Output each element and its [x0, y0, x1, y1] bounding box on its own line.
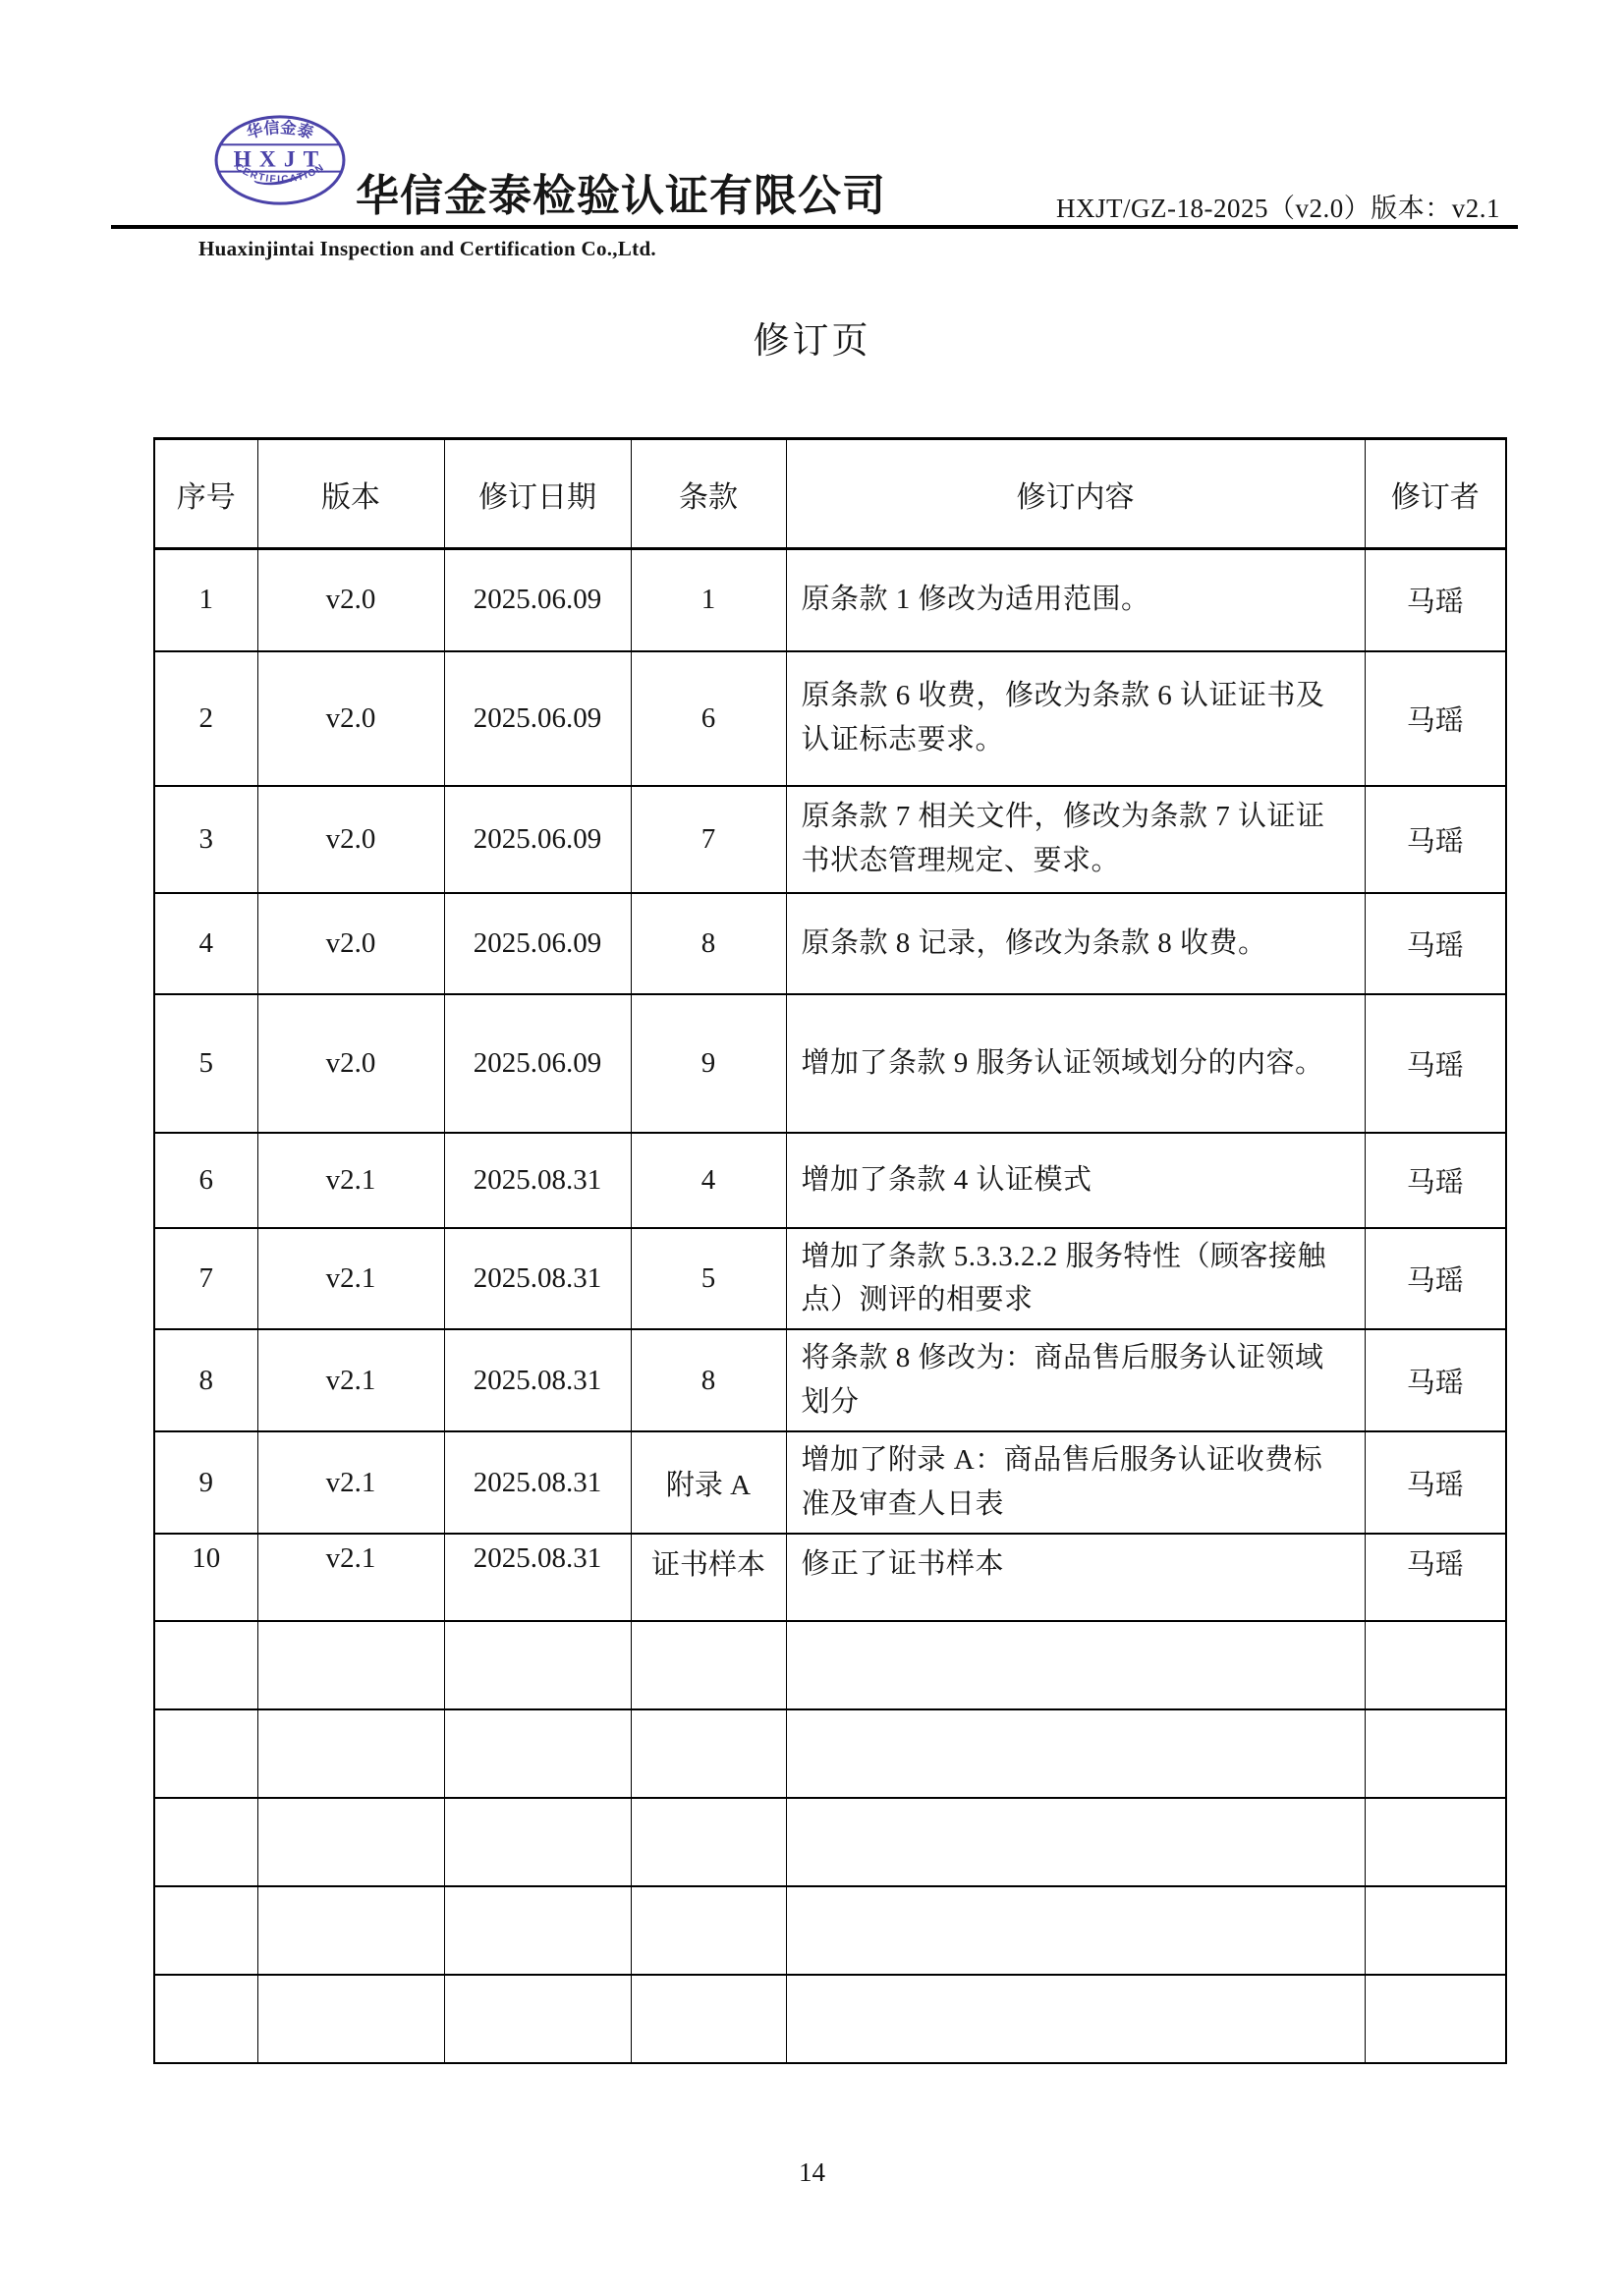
column-header-content: 修订内容: [786, 439, 1365, 549]
cell-clause: 6: [631, 651, 786, 786]
cell-version: v2.1: [257, 1534, 444, 1621]
cell-date: 2025.08.31: [444, 1329, 631, 1431]
cell-no: 3: [154, 786, 257, 893]
table-row: 9v2.12025.08.31附录 A增加了附录 A：商品售后服务认证收费标准及…: [154, 1431, 1506, 1534]
cell-no: 10: [154, 1534, 257, 1621]
cell-clause: 证书样本: [631, 1534, 786, 1621]
empty-cell: [257, 1886, 444, 1975]
cell-version: v2.1: [257, 1133, 444, 1228]
cell-version: v2.0: [257, 549, 444, 651]
cell-content: 增加了附录 A：商品售后服务认证收费标准及审查人日表: [786, 1431, 1365, 1534]
empty-cell: [786, 1709, 1365, 1798]
empty-cell: [257, 1621, 444, 1709]
empty-cell: [257, 1798, 444, 1886]
empty-cell: [631, 1621, 786, 1709]
cell-no: 1: [154, 549, 257, 651]
cell-reviser: 马瑶: [1365, 994, 1506, 1133]
cell-version: v2.1: [257, 1431, 444, 1534]
empty-cell: [444, 1886, 631, 1975]
company-name-en: Huaxinjintai Inspection and Certificatio…: [147, 237, 707, 261]
company-logo: 华信金泰 HXJT CERTIFICATION: [212, 112, 348, 208]
hxjt-seal-icon: 华信金泰 HXJT CERTIFICATION: [212, 112, 348, 208]
empty-cell: [786, 1798, 1365, 1886]
cell-reviser: 马瑶: [1365, 1228, 1506, 1330]
empty-cell: [631, 1975, 786, 2063]
empty-table-row: [154, 1709, 1506, 1798]
cell-reviser: 马瑶: [1365, 786, 1506, 893]
cell-reviser: 马瑶: [1365, 549, 1506, 651]
empty-cell: [631, 1798, 786, 1886]
revision-table: 序号 版本 修订日期 条款 修订内容 修订者 1v2.02025.06.091原…: [153, 437, 1507, 2064]
cell-date: 2025.08.31: [444, 1228, 631, 1330]
cell-version: v2.1: [257, 1329, 444, 1431]
table-header-row: 序号 版本 修订日期 条款 修订内容 修订者: [154, 439, 1506, 549]
cell-content: 修正了证书样本: [786, 1534, 1365, 1621]
cell-date: 2025.08.31: [444, 1534, 631, 1621]
empty-cell: [154, 1709, 257, 1798]
cell-content: 原条款 6 收费，修改为条款 6 认证证书及认证标志要求。: [786, 651, 1365, 786]
cell-date: 2025.06.09: [444, 893, 631, 994]
cell-no: 6: [154, 1133, 257, 1228]
empty-cell: [1365, 1886, 1506, 1975]
cell-clause: 5: [631, 1228, 786, 1330]
cell-date: 2025.06.09: [444, 549, 631, 651]
cell-clause: 9: [631, 994, 786, 1133]
empty-cell: [786, 1975, 1365, 2063]
empty-cell: [631, 1709, 786, 1798]
empty-cell: [444, 1621, 631, 1709]
table-row: 8v2.12025.08.318将条款 8 修改为：商品售后服务认证领域划分马瑶: [154, 1329, 1506, 1431]
cell-reviser: 马瑶: [1365, 893, 1506, 994]
column-header-reviser: 修订者: [1365, 439, 1506, 549]
cell-content: 增加了条款 5.3.3.2.2 服务特性（顾客接触点）测评的相要求: [786, 1228, 1365, 1330]
cell-no: 4: [154, 893, 257, 994]
cell-content: 原条款 7 相关文件，修改为条款 7 认证证书状态管理规定、要求。: [786, 786, 1365, 893]
cell-version: v2.0: [257, 893, 444, 994]
column-header-version: 版本: [257, 439, 444, 549]
cell-reviser: 马瑶: [1365, 651, 1506, 786]
cell-clause: 附录 A: [631, 1431, 786, 1534]
empty-cell: [786, 1621, 1365, 1709]
empty-cell: [444, 1798, 631, 1886]
column-header-clause: 条款: [631, 439, 786, 549]
cell-clause: 4: [631, 1133, 786, 1228]
cell-reviser: 马瑶: [1365, 1329, 1506, 1431]
table-row: 3v2.02025.06.097原条款 7 相关文件，修改为条款 7 认证证书状…: [154, 786, 1506, 893]
table-row: 10v2.12025.08.31证书样本修正了证书样本马瑶: [154, 1534, 1506, 1621]
table-row: 6v2.12025.08.314增加了条款 4 认证模式马瑶: [154, 1133, 1506, 1228]
cell-clause: 1: [631, 549, 786, 651]
cell-no: 7: [154, 1228, 257, 1330]
cell-version: v2.0: [257, 786, 444, 893]
cell-no: 9: [154, 1431, 257, 1534]
cell-date: 2025.06.09: [444, 994, 631, 1133]
cell-version: v2.0: [257, 651, 444, 786]
empty-table-row: [154, 1798, 1506, 1886]
cell-reviser: 马瑶: [1365, 1431, 1506, 1534]
table-row: 5v2.02025.06.099增加了条款 9 服务认证领域划分的内容。马瑶: [154, 994, 1506, 1133]
cell-reviser: 马瑶: [1365, 1534, 1506, 1621]
cell-date: 2025.08.31: [444, 1431, 631, 1534]
cell-no: 2: [154, 651, 257, 786]
empty-cell: [1365, 1709, 1506, 1798]
empty-cell: [1365, 1621, 1506, 1709]
page-number: 14: [0, 2157, 1624, 2188]
cell-no: 5: [154, 994, 257, 1133]
empty-cell: [154, 1886, 257, 1975]
cell-version: v2.0: [257, 994, 444, 1133]
column-header-date: 修订日期: [444, 439, 631, 549]
cell-content: 原条款 1 修改为适用范围。: [786, 549, 1365, 651]
table-row: 4v2.02025.06.098原条款 8 记录，修改为条款 8 收费。马瑶: [154, 893, 1506, 994]
empty-cell: [154, 1975, 257, 2063]
cell-content: 增加了条款 4 认证模式: [786, 1133, 1365, 1228]
empty-cell: [444, 1709, 631, 1798]
cell-content: 增加了条款 9 服务认证领域划分的内容。: [786, 994, 1365, 1133]
empty-table-row: [154, 1975, 1506, 2063]
cell-content: 原条款 8 记录，修改为条款 8 收费。: [786, 893, 1365, 994]
empty-cell: [257, 1975, 444, 2063]
cell-date: 2025.06.09: [444, 786, 631, 893]
cell-clause: 8: [631, 1329, 786, 1431]
empty-table-row: [154, 1621, 1506, 1709]
cell-clause: 7: [631, 786, 786, 893]
empty-cell: [786, 1886, 1365, 1975]
revision-table-body: 1v2.02025.06.091原条款 1 修改为适用范围。马瑶2v2.0202…: [154, 549, 1506, 2064]
cell-clause: 8: [631, 893, 786, 994]
empty-cell: [631, 1886, 786, 1975]
cell-date: 2025.08.31: [444, 1133, 631, 1228]
document-code: HXJT/GZ-18-2025（v2.0）版本：v2.1: [1056, 187, 1500, 225]
empty-cell: [444, 1975, 631, 2063]
cell-content: 将条款 8 修改为：商品售后服务认证领域划分: [786, 1329, 1365, 1431]
empty-cell: [257, 1709, 444, 1798]
table-row: 2v2.02025.06.096原条款 6 收费，修改为条款 6 认证证书及认证…: [154, 651, 1506, 786]
empty-cell: [154, 1621, 257, 1709]
cell-reviser: 马瑶: [1365, 1133, 1506, 1228]
empty-cell: [154, 1798, 257, 1886]
empty-table-row: [154, 1886, 1506, 1975]
cell-version: v2.1: [257, 1228, 444, 1330]
column-header-no: 序号: [154, 439, 257, 549]
cell-date: 2025.06.09: [444, 651, 631, 786]
table-row: 7v2.12025.08.315增加了条款 5.3.3.2.2 服务特性（顾客接…: [154, 1228, 1506, 1330]
table-row: 1v2.02025.06.091原条款 1 修改为适用范围。马瑶: [154, 549, 1506, 651]
empty-cell: [1365, 1798, 1506, 1886]
page-title: 修订页: [0, 310, 1624, 364]
company-name-cn: 华信金泰检验认证有限公司: [356, 160, 886, 223]
cell-no: 8: [154, 1329, 257, 1431]
header-divider: [111, 225, 1518, 229]
document-page: 华信金泰 HXJT CERTIFICATION 华信金泰检验认证有限公司 HXJ…: [0, 0, 1624, 2295]
empty-cell: [1365, 1975, 1506, 2063]
